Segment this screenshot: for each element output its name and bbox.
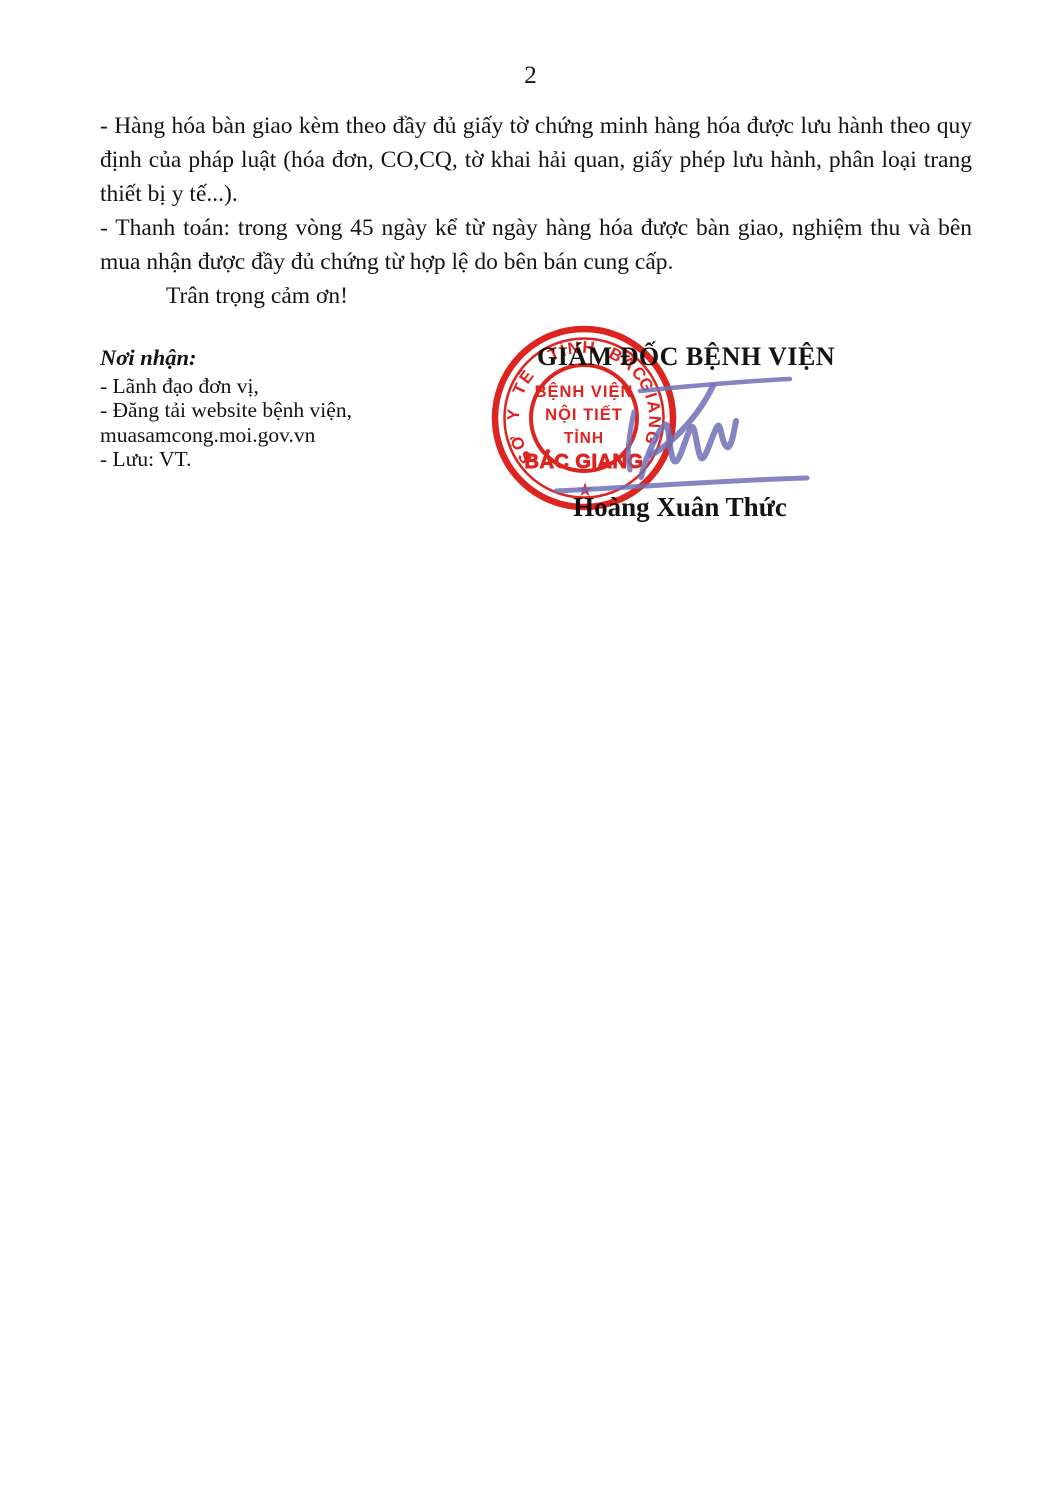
page-number: 2	[0, 62, 1061, 90]
document-page: 2 - Hàng hóa bàn giao kèm theo đầy đủ gi…	[0, 0, 1061, 1500]
recipient-item: - Lưu: VT.	[100, 447, 440, 472]
paragraph-1-line-2: định của pháp luật (hóa đơn, CO,CQ, tờ k…	[100, 143, 972, 177]
recipients-heading: Nơi nhận:	[100, 346, 440, 371]
paragraph-2-line-2: mua nhận được đầy đủ chứng từ hợp lệ do …	[100, 245, 972, 279]
seal-center-line-4: BẮC GIANG	[525, 449, 644, 473]
seal-arc-text-right: GIANG	[635, 374, 665, 448]
handwritten-signature-icon	[556, 379, 807, 491]
seal-arc-text-left: SỞ Y TẾ	[504, 365, 539, 467]
paragraph-1-line-1: - Hàng hóa bàn giao kèm theo đầy đủ giấy…	[100, 109, 972, 143]
signature-title: GIÁM ĐỐC BỆNH VIỆN	[537, 342, 823, 372]
seal-center-line-1: BỆNH VIỆN	[535, 382, 634, 401]
seal-center-line-3: TỈNH	[564, 430, 604, 447]
recipient-item: - Đăng tải website bệnh viện,	[100, 398, 440, 423]
recipient-item: - Lãnh đạo đơn vị,	[100, 374, 440, 399]
seal-center-line-2: NỘI TIẾT	[545, 405, 623, 424]
paragraph-2-line-1: - Thanh toán: trong vòng 45 ngày kể từ n…	[100, 211, 972, 245]
svg-text:GIANG: GIANG	[635, 374, 665, 448]
body-text: - Hàng hóa bàn giao kèm theo đầy đủ giấy…	[100, 109, 972, 313]
recipients-block: Nơi nhận: - Lãnh đạo đơn vị, - Đăng tải …	[100, 346, 440, 472]
signer-name: Hoàng Xuân Thức	[570, 492, 790, 523]
closing-line: Trân trọng cảm ơn!	[100, 279, 972, 313]
recipient-item: muasamcong.moi.gov.vn	[100, 423, 440, 448]
paragraph-1-line-3: thiết bị y tế...).	[100, 177, 972, 211]
svg-text:SỞ Y TẾ: SỞ Y TẾ	[504, 365, 539, 467]
